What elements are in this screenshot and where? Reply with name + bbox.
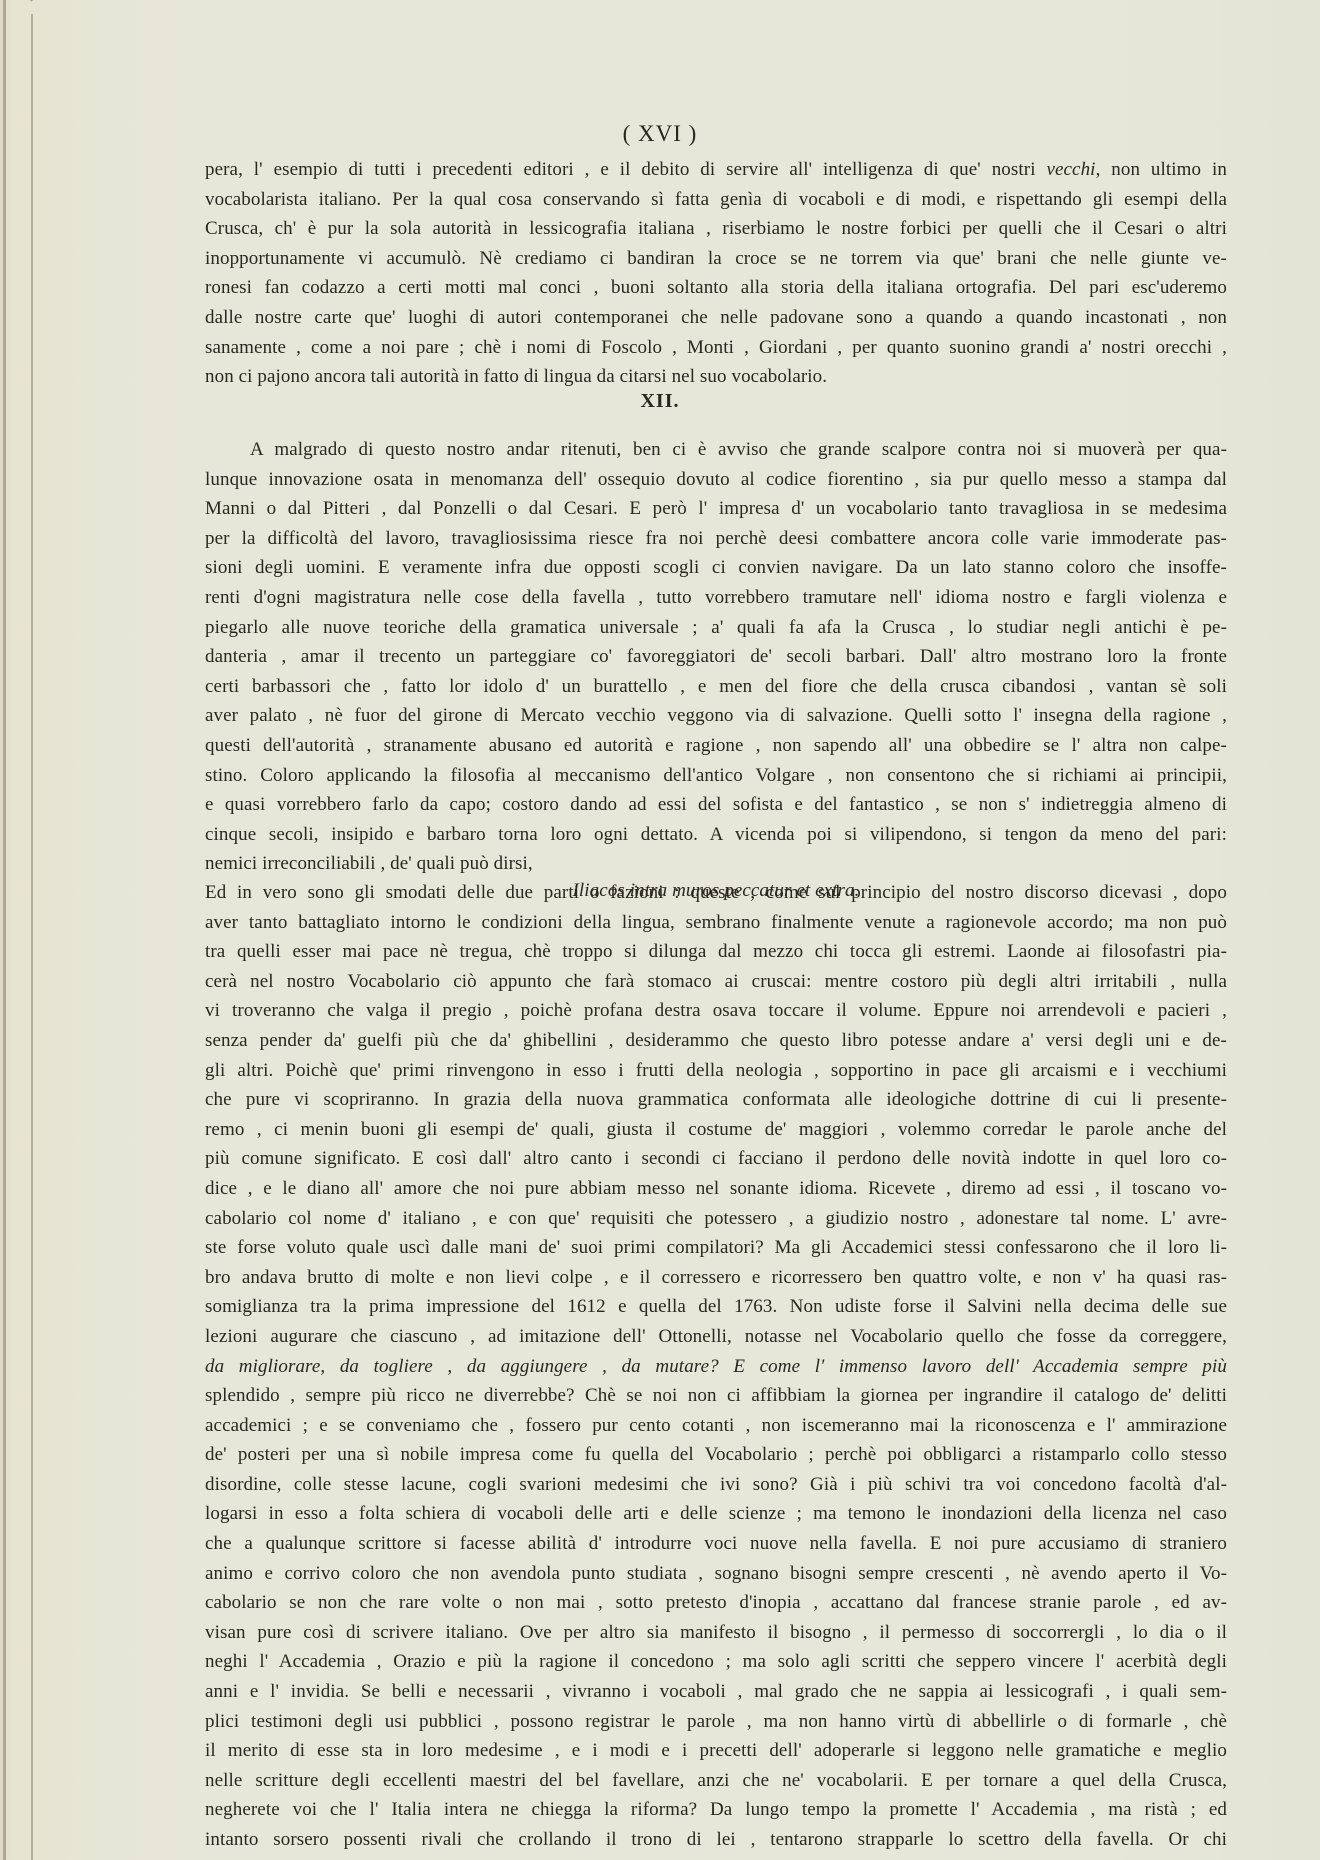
text-line: certi barbassori che , fatto lor idolo d… [205, 672, 1227, 702]
text-line: bro andava brutto di molte e non lievi c… [205, 1263, 1227, 1293]
paragraph-section-xii: A malgrado di questo nostro andar ritenu… [205, 435, 1227, 903]
text-line: Manni o dal Pitteri , dal Ponzelli o dal… [205, 494, 1227, 524]
text-line: disordine, colle stesse lacune, cogli sv… [205, 1470, 1227, 1500]
scanned-page: ( XVI ) pera, l' esempio di tutti i prec… [0, 0, 1320, 1860]
text-line: tra quelli esser mai pace nè tregua, chè… [205, 937, 1227, 967]
line-part: , non ultimo in [1096, 159, 1227, 180]
text-line: il merito di esse sta in loro medesime ,… [205, 1736, 1227, 1766]
paragraph-continuation: pera, l' esempio di tutti i precedenti e… [205, 155, 1227, 392]
page-edge-line [31, 14, 33, 1860]
italic-word: vecchi [1046, 159, 1095, 180]
text-line: piegarlo alle nuove teoriche della grama… [205, 613, 1227, 643]
text-line: plici testimoni degli usi pubblici , pos… [205, 1707, 1227, 1737]
text-line: cinque secoli, insipido e barbaro torna … [205, 820, 1227, 850]
text-line: nelle scritture degli eccellenti maestri… [205, 1766, 1227, 1796]
text-line: vocabolarista italiano. Per la qual cosa… [205, 185, 1227, 215]
text-line: inopportunamente vi accumulò. Nè crediam… [205, 244, 1227, 274]
text-line: questi dell'autorità , stranamente abusa… [205, 731, 1227, 761]
text-line: remo , ci menin buoni gli esempi de' qua… [205, 1115, 1227, 1145]
text-line: visan pure così di scrivere italiano. Ov… [205, 1618, 1227, 1648]
text-line: de' posteri per una sì nobile impresa co… [205, 1440, 1227, 1470]
text-line: dalle nostre carte que' luoghi di autori… [205, 303, 1227, 333]
text-line: Crusca, ch' è pur la sola autorità in le… [205, 214, 1227, 244]
text-line: lezioni augurare che ciascuno , ad imita… [205, 1322, 1227, 1352]
line-part: pera, l' esempio di tutti i precedenti e… [205, 159, 1046, 180]
text-line: che a qualunque scrittore si facesse abi… [205, 1529, 1227, 1559]
text-line: cabolario col nome d' italiano , e con q… [205, 1204, 1227, 1234]
text-line: ronesi fan codazzo a certi motti mal con… [205, 273, 1227, 303]
text-line: lunque innovazione osata in menomanza de… [205, 465, 1227, 495]
text-line: anni e l' invidia. Se belli e necessarii… [205, 1677, 1227, 1707]
text-line: e quasi vorrebbero farlo da capo; costor… [205, 790, 1227, 820]
text-line: che pure vi scopriranno. In grazia della… [205, 1085, 1227, 1115]
text-line: vi troveranno che valga il pregio , poic… [205, 996, 1227, 1026]
text-line: nemici irreconciliabili , de' quali può … [205, 849, 1227, 879]
paragraph-main: Ed in vero sono gli smodati delle due pa… [205, 878, 1227, 1855]
text-line: danteria , amar il trecento un parteggia… [205, 642, 1227, 672]
text-line: intanto sorsero possenti rivali che crol… [205, 1825, 1227, 1855]
text-line: logarsi in esso a folta schiera di vocab… [205, 1499, 1227, 1529]
page-number-header: ( XVI ) [0, 121, 1320, 147]
text-line: ste forse voluto quale uscì dalle mani d… [205, 1233, 1227, 1263]
text-line: gli altri. Poichè que' primi rinvengono … [205, 1056, 1227, 1086]
binding-edge [3, 0, 6, 1860]
text-line: non ci pajono ancora tali autorità in fa… [205, 362, 1227, 392]
text-line: cabolario se non che rare volte o non ma… [205, 1588, 1227, 1618]
text-line: accademici ; e se conveniamo che , fosse… [205, 1411, 1227, 1441]
text-line: A malgrado di questo nostro andar ritenu… [205, 435, 1227, 465]
text-line: dice , e le diano all' amore che noi pur… [205, 1174, 1227, 1204]
page-corner-fold [30, 0, 49, 2]
section-heading: XII. [0, 390, 1320, 413]
text-line: sioni degli uomini. E veramente infra du… [205, 553, 1227, 583]
text-line: senza pender da' guelfi più che da' ghib… [205, 1026, 1227, 1056]
text-line: più comune significato. E così dall' alt… [205, 1144, 1227, 1174]
text-line: aver palato , nè fuor del girone di Merc… [205, 701, 1227, 731]
text-line: Ed in vero sono gli smodati delle due pa… [205, 878, 1227, 908]
text-line: per la difficoltà del lavoro, travaglios… [205, 524, 1227, 554]
text-line: stino. Coloro applicando la filosofia al… [205, 761, 1227, 791]
text-line: aver tanto battagliato intorno le condiz… [205, 908, 1227, 938]
text-line: cerà nel nostro Vocabolario ciò appunto … [205, 967, 1227, 997]
text-line: pera, l' esempio di tutti i precedenti e… [205, 155, 1227, 185]
text-line: somiglianza tra la prima impressione del… [205, 1292, 1227, 1322]
text-line: negherete voi che l' Italia intera ne ch… [205, 1795, 1227, 1825]
text-line: renti d'ogni magistratura nelle cose del… [205, 583, 1227, 613]
text-line-italic: da migliorare, da togliere , da aggiunge… [205, 1352, 1227, 1382]
text-line: sanamente , come a noi pare ; chè i nomi… [205, 333, 1227, 363]
text-line: animo e corrivo coloro che non avendola … [205, 1559, 1227, 1589]
text-line: neghi l' Accademia , Orazio e più la rag… [205, 1647, 1227, 1677]
text-line: splendido , sempre più ricco ne diverreb… [205, 1381, 1227, 1411]
